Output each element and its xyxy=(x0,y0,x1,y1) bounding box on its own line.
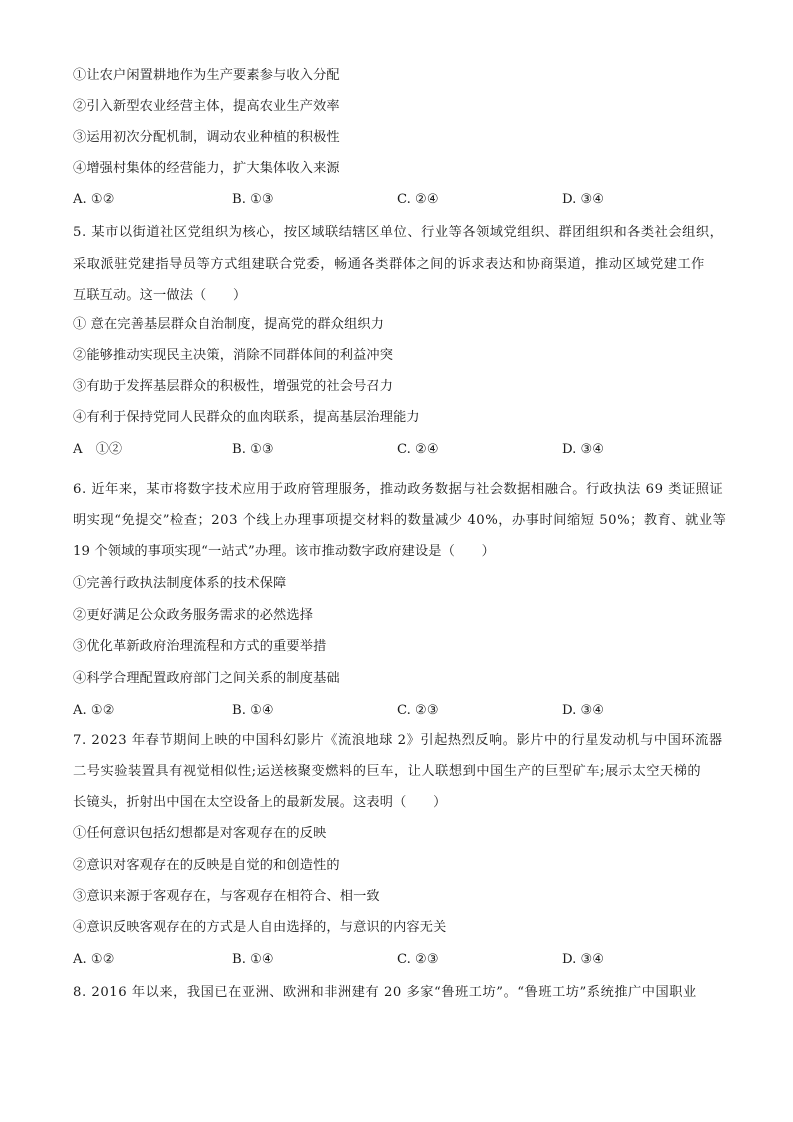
q5-option-b: B. ①③ xyxy=(232,442,274,458)
q7-stem-line-3: 长镜头，折射出中国在太空设备上的最新发展。这表明（ ） xyxy=(73,795,446,811)
q4-option-b: B. ①③ xyxy=(232,192,274,208)
q7-stem-line-1: 7. 2023 年春节期间上映的中国科幻影片《流浪地球 2》引起热烈反响。影片中… xyxy=(73,733,723,749)
q8-stem-line-1: 8. 2016 年以来，我国已在亚洲、欧洲和非洲建有 20 多家“鲁班工坊”。“… xyxy=(73,985,697,1001)
q7-statement-3: ③意识来源于客观存在，与客观存在相符合、相一致 xyxy=(73,889,380,905)
q5-option-d: D. ③④ xyxy=(562,442,604,458)
q4-option-d: D. ③④ xyxy=(562,192,604,208)
q6-stem-line-2: 明实现“免提交”检查；203 个线上办理事项提交材料的数量减少 40%，办事时间… xyxy=(73,513,726,529)
q7-option-c: C. ②③ xyxy=(397,952,439,968)
q5-stem-line-3: 互联互动。这一做法（ ） xyxy=(73,288,246,304)
q7-options: A. ①② B. ①④ C. ②③ D. ③④ xyxy=(73,952,733,968)
q6-statement-4: ④科学合理配置政府部门之间关系的制度基础 xyxy=(73,671,340,687)
q5-option-c: C. ②④ xyxy=(397,442,439,458)
q4-options: A. ①② B. ①③ C. ②④ D. ③④ xyxy=(73,192,733,208)
q5-option-a: A ①② xyxy=(73,442,122,458)
q7-option-b: B. ①④ xyxy=(232,952,274,968)
q7-option-a: A. ①② xyxy=(73,952,115,968)
q5-statement-3: ③有助于发挥基层群众的积极性，增强党的社会号召力 xyxy=(73,379,393,395)
q4-statement-4: ④增强村集体的经营能力，扩大集体收入来源 xyxy=(73,161,340,177)
q6-stem-line-1: 6. 近年来，某市将数字技术应用于政府管理服务，推动政务数据与社会数据相融合。行… xyxy=(73,482,723,498)
q6-option-c: C. ②③ xyxy=(397,703,439,719)
q6-statement-2: ②更好满足公众政务服务需求的必然选择 xyxy=(73,608,313,624)
q5-statement-1: ① 意在完善基层群众自治制度，提高党的群众组织力 xyxy=(73,317,384,333)
q5-statement-2: ②能够推动实现民主决策，消除不同群体间的利益冲突 xyxy=(73,348,393,364)
q4-statement-2: ②引入新型农业经营主体，提高农业生产效率 xyxy=(73,99,340,115)
q5-stem-line-2: 采取派驻党建指导员等方式组建联合党委，畅通各类群体之间的诉求表达和协商渠道，推动… xyxy=(73,257,705,273)
q6-option-d: D. ③④ xyxy=(562,703,604,719)
q4-option-c: C. ②④ xyxy=(397,192,439,208)
q7-option-d: D. ③④ xyxy=(562,952,604,968)
q5-statement-4: ④有利于保持党同人民群众的血肉联系，提高基层治理能力 xyxy=(73,410,420,426)
q6-statement-3: ③优化革新政府治理流程和方式的重要举措 xyxy=(73,639,326,655)
q6-statement-1: ①完善行政执法制度体系的技术保障 xyxy=(73,576,286,592)
q6-stem-line-3: 19 个领域的事项实现“一站式”办理。该市推动数字政府建设是（ ） xyxy=(73,544,495,560)
q6-option-b: B. ①④ xyxy=(232,703,274,719)
q7-stem-line-2: 二号实验装置具有视觉相似性;运送核聚变燃料的巨车，让人联想到中国生产的巨型矿车;… xyxy=(73,764,701,780)
q7-statement-4: ④意识反映客观存在的方式是人自由选择的，与意识的内容无关 xyxy=(73,920,446,936)
q7-statement-1: ①任何意识包括幻想都是对客观存在的反映 xyxy=(73,826,326,842)
q6-options: A. ①② B. ①④ C. ②③ D. ③④ xyxy=(73,703,733,719)
q7-statement-2: ②意识对客观存在的反映是自觉的和创造性的 xyxy=(73,858,340,874)
q5-options: A ①② B. ①③ C. ②④ D. ③④ xyxy=(73,442,733,458)
q4-option-a: A. ①② xyxy=(73,192,115,208)
q5-stem-line-1: 5. 某市以街道社区党组织为核心，按区域联结辖区单位、行业等各领域党组织、群团组… xyxy=(73,225,723,241)
q4-statement-3: ③运用初次分配机制，调动农业种植的积极性 xyxy=(73,130,340,146)
q6-option-a: A. ①② xyxy=(73,703,115,719)
q4-statement-1: ①让农户闲置耕地作为生产要素参与收入分配 xyxy=(73,68,340,84)
